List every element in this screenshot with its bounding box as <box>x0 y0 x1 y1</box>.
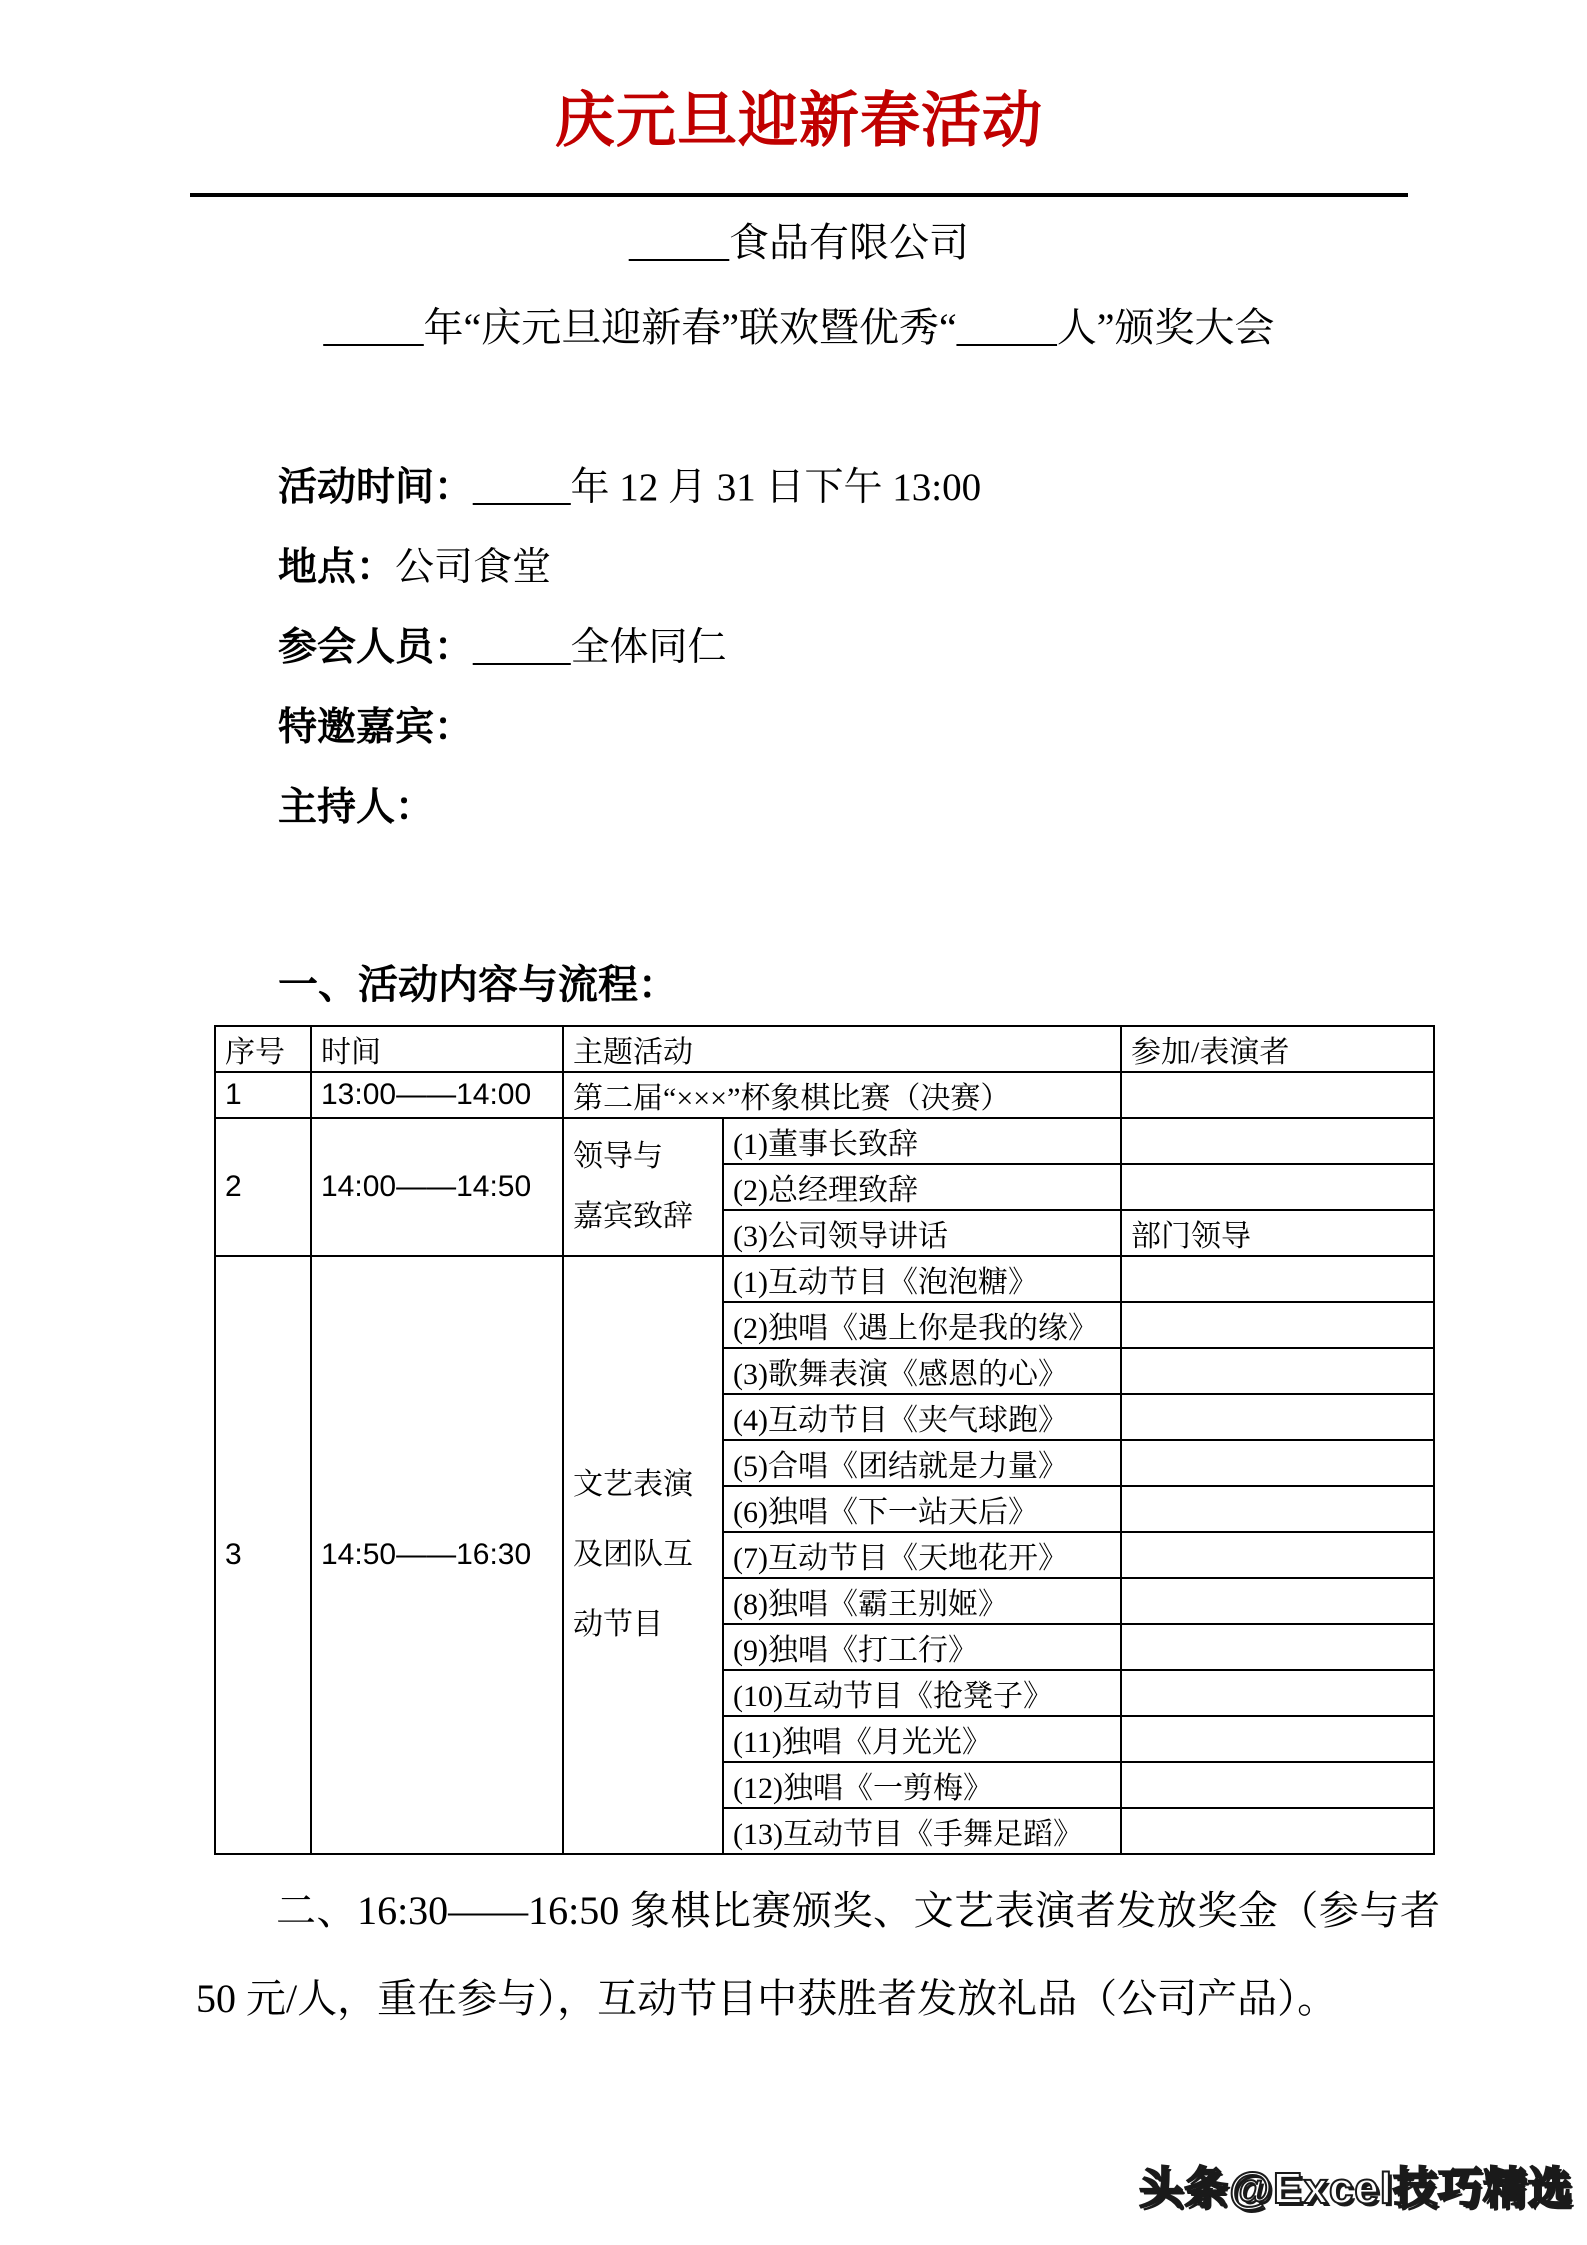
info-label-activity-time: 活动时间： <box>278 466 473 509</box>
row3-item: (6)独唱《下一站天后》 <box>723 1486 1121 1532</box>
row3-no: 3 <box>215 1256 311 1854</box>
row3-category-line: 动节目 <box>573 1590 718 1660</box>
section2-paragraph: 二、16:30——16:50 象棋比赛颁奖、文艺表演者发放奖金（参与者 50 元… <box>196 1867 1440 2043</box>
row2-time: 14:00——14:50 <box>311 1118 563 1256</box>
row3-item: (9)独唱《打工行》 <box>723 1624 1121 1670</box>
row3-time: 14:50——16:30 <box>311 1256 563 1854</box>
row3-item: (1)互动节目《泡泡糖》 <box>723 1256 1121 1302</box>
info-value-activity-time: _____年 12 月 31 日下午 13:00 <box>473 466 981 509</box>
table-header-row: 序号 时间 主题活动 参加/表演者 <box>215 1026 1434 1072</box>
row2-no: 2 <box>215 1118 311 1256</box>
info-line-guests: 特邀嘉宾： <box>278 688 1587 768</box>
row3-item: (10)互动节目《抢凳子》 <box>723 1670 1121 1716</box>
row3-performer <box>1121 1670 1434 1716</box>
row1-performer <box>1121 1072 1434 1118</box>
row3-item: (12)独唱《一剪梅》 <box>723 1762 1121 1808</box>
row2-item: (2)总经理致辞 <box>723 1164 1121 1210</box>
section1-heading: 一、活动内容与流程： <box>278 960 1587 1010</box>
info-value-participants: _____全体同仁 <box>473 626 727 669</box>
row3-item: (8)独唱《霸王别姬》 <box>723 1578 1121 1624</box>
row3-performer <box>1121 1808 1434 1854</box>
table-row: 2 14:00——14:50 领导与 嘉宾致辞 (1)董事长致辞 <box>215 1118 1434 1164</box>
table-row: 1 13:00——14:00 第二届“×××”杯象棋比赛（决赛） <box>215 1072 1434 1118</box>
row3-performer <box>1121 1486 1434 1532</box>
row3-item: (11)独唱《月光光》 <box>723 1716 1121 1762</box>
info-line-host: 主持人： <box>278 768 1587 848</box>
page-title: 庆元旦迎新春活动 <box>190 82 1408 160</box>
row3-item: (3)歌舞表演《感恩的心》 <box>723 1348 1121 1394</box>
row2-category: 领导与 嘉宾致辞 <box>563 1118 723 1256</box>
row3-item: (7)互动节目《天地花开》 <box>723 1532 1121 1578</box>
row2-performer <box>1121 1164 1434 1210</box>
row3-performer <box>1121 1256 1434 1302</box>
schedule-table: 序号 时间 主题活动 参加/表演者 1 13:00——14:00 第二届“×××… <box>214 1025 1435 1855</box>
header-activity: 主题活动 <box>563 1026 1121 1072</box>
row3-category-line: 文艺表演 <box>573 1450 718 1520</box>
row2-item: (1)董事长致辞 <box>723 1118 1121 1164</box>
row2-category-line: 嘉宾致辞 <box>573 1187 718 1247</box>
info-block: 活动时间：_____年 12 月 31 日下午 13:00 地点：公司食堂 参会… <box>278 448 1587 848</box>
row2-item: (3)公司领导讲话 <box>723 1210 1121 1256</box>
row3-item: (5)合唱《团结就是力量》 <box>723 1440 1121 1486</box>
document-page: 庆元旦迎新春活动 _____食品有限公司 _____年“庆元旦迎新春”联欢暨优秀… <box>0 0 1587 2245</box>
header-time: 时间 <box>311 1026 563 1072</box>
info-label-host: 主持人： <box>278 786 434 829</box>
row3-performer <box>1121 1348 1434 1394</box>
company-line: _____食品有限公司 <box>190 218 1408 268</box>
watermark: 头条@Excel技巧精选 <box>1139 2152 1573 2216</box>
info-line-activity-time: 活动时间：_____年 12 月 31 日下午 13:00 <box>278 448 1587 528</box>
row3-category: 文艺表演 及团队互 动节目 <box>563 1256 723 1854</box>
info-line-participants: 参会人员：_____全体同仁 <box>278 608 1587 688</box>
row1-no: 1 <box>215 1072 311 1118</box>
row3-performer <box>1121 1394 1434 1440</box>
row2-performer <box>1121 1118 1434 1164</box>
header-no: 序号 <box>215 1026 311 1072</box>
row1-time: 13:00——14:00 <box>311 1072 563 1118</box>
info-label-guests: 特邀嘉宾： <box>278 706 473 749</box>
row3-performer <box>1121 1716 1434 1762</box>
header-performer: 参加/表演者 <box>1121 1026 1434 1072</box>
row3-category-line: 及团队互 <box>573 1520 718 1590</box>
row3-performer <box>1121 1302 1434 1348</box>
row3-performer <box>1121 1624 1434 1670</box>
subtitle-line: _____年“庆元旦迎新春”联欢暨优秀“_____人”颁奖大会 <box>190 303 1408 353</box>
title-block: 庆元旦迎新春活动 <box>190 0 1408 197</box>
row1-activity: 第二届“×××”杯象棋比赛（决赛） <box>563 1072 1121 1118</box>
table-row: 3 14:50——16:30 文艺表演 及团队互 动节目 (1)互动节目《泡泡糖… <box>215 1256 1434 1302</box>
row3-item: (13)互动节目《手舞足蹈》 <box>723 1808 1121 1854</box>
row3-performer <box>1121 1532 1434 1578</box>
info-label-location: 地点： <box>278 546 395 589</box>
row3-performer <box>1121 1762 1434 1808</box>
info-label-participants: 参会人员： <box>278 626 473 669</box>
row3-performer <box>1121 1440 1434 1486</box>
info-value-location: 公司食堂 <box>395 546 551 589</box>
row3-item: (2)独唱《遇上你是我的缘》 <box>723 1302 1121 1348</box>
row3-performer <box>1121 1578 1434 1624</box>
row3-item: (4)互动节目《夹气球跑》 <box>723 1394 1121 1440</box>
row2-performer: 部门领导 <box>1121 1210 1434 1256</box>
info-line-location: 地点：公司食堂 <box>278 528 1587 608</box>
row2-category-line: 领导与 <box>573 1127 718 1187</box>
